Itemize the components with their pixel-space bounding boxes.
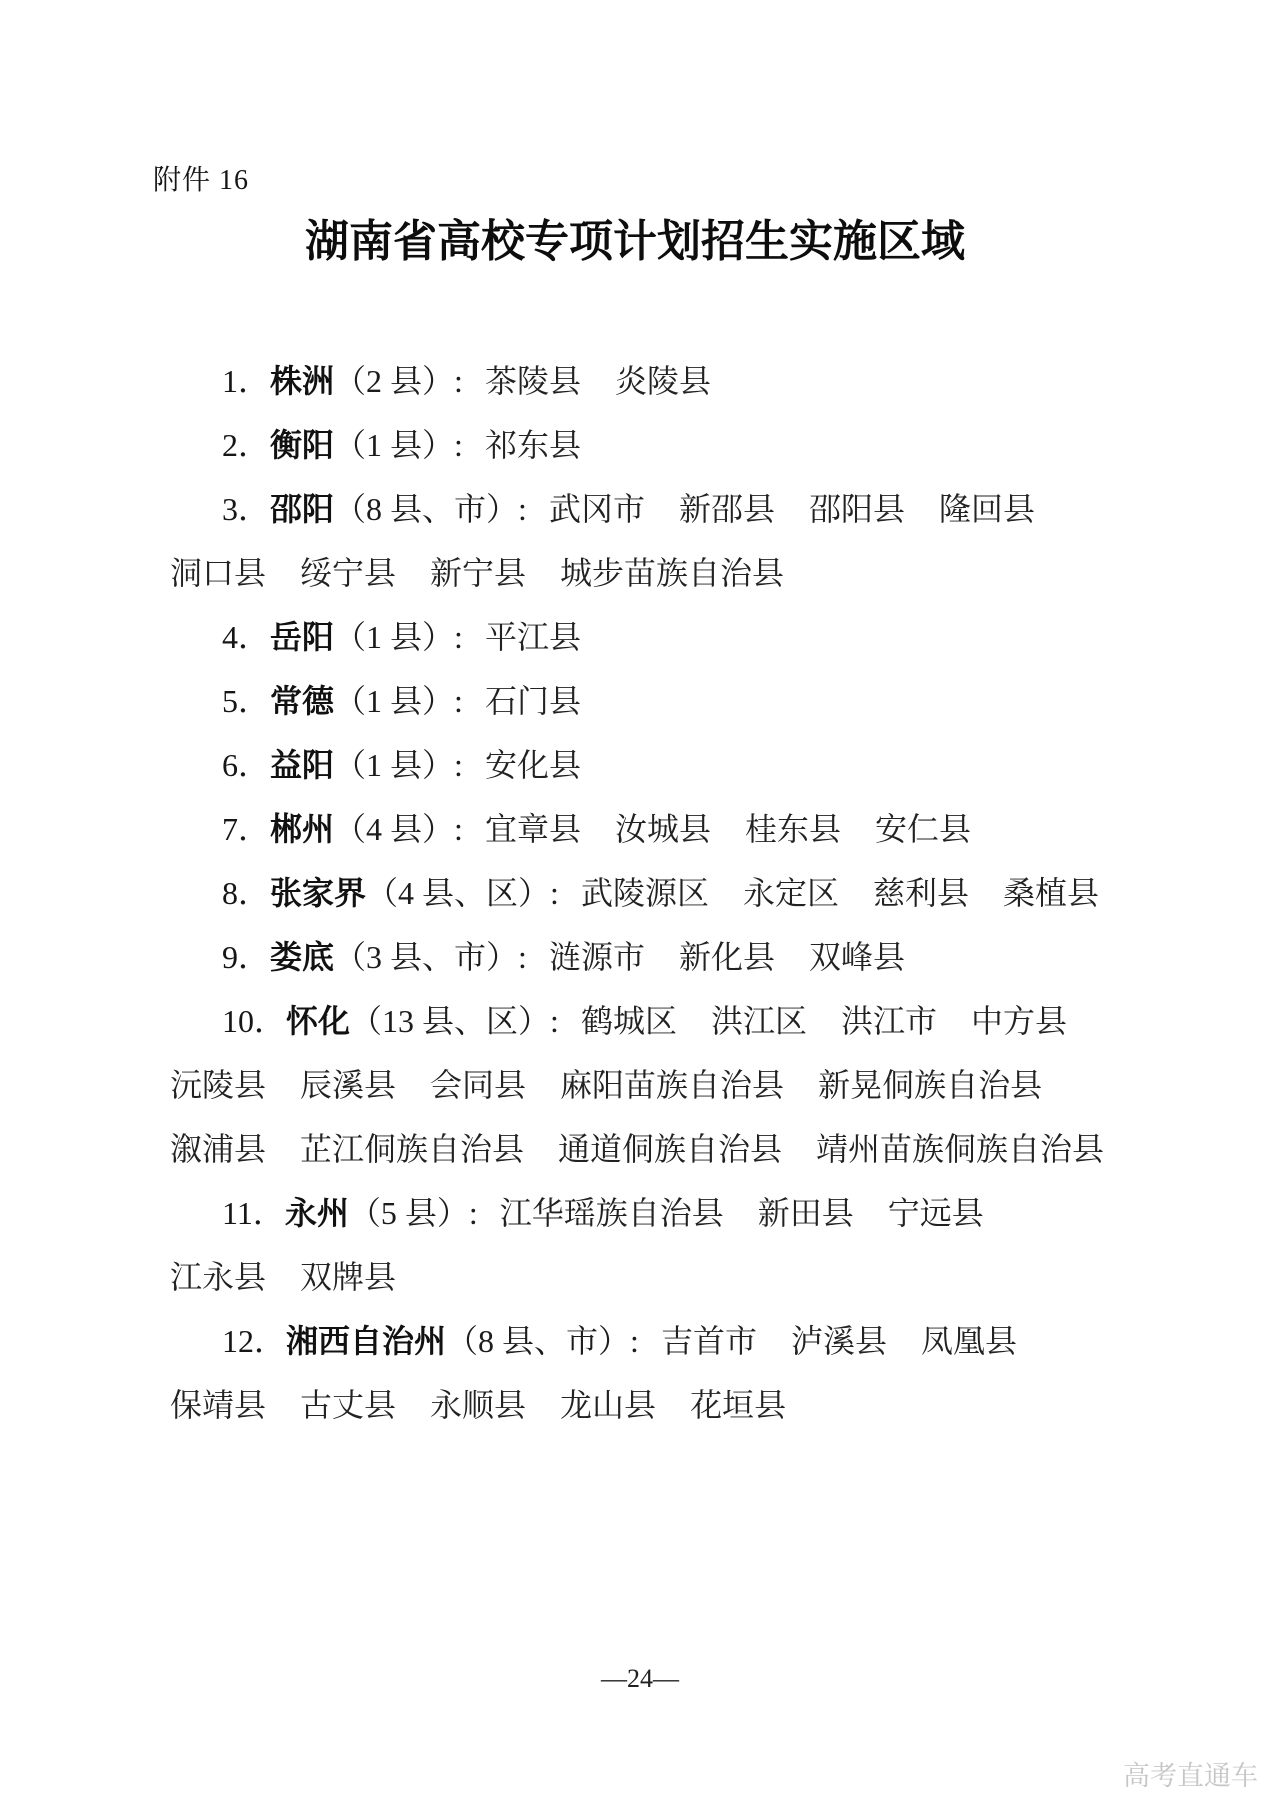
item-number: 1． (222, 363, 270, 399)
item-number: 5． (222, 683, 270, 719)
county-count-label: （3 县、市）: (334, 939, 527, 975)
county-name: 桂东县 (745, 811, 841, 847)
list-item-line: 6．益阳（1 县）:安化县 (170, 733, 1130, 797)
county-name: 泸溪县 (791, 1323, 887, 1359)
list-item-line: 9．娄底（3 县、市）:涟源市新化县双峰县 (170, 925, 1130, 989)
watermark-text: 高考直通车 (1123, 1754, 1258, 1793)
county-count-label: （5 县）: (349, 1195, 478, 1231)
county-name: 新邵县 (679, 491, 775, 527)
item-number: 11． (222, 1195, 285, 1231)
county-name: 洪江区 (711, 1003, 807, 1039)
city-name: 益阳 (270, 747, 334, 783)
county-name: 祁东县 (485, 427, 581, 463)
page-title: 湖南省高校专项计划招生实施区域 (160, 216, 1110, 269)
city-name: 郴州 (270, 811, 334, 847)
county-name: 涟源市 (549, 939, 645, 975)
county-name: 安化县 (485, 747, 581, 783)
county-name: 新宁县 (430, 555, 526, 591)
county-name: 宁远县 (888, 1195, 984, 1231)
city-name: 衡阳 (270, 427, 334, 463)
city-name: 常德 (270, 683, 334, 719)
city-name: 株洲 (270, 363, 334, 399)
item-number: 3． (222, 491, 270, 527)
county-name: 江永县 (170, 1259, 266, 1295)
item-number: 10． (222, 1003, 286, 1039)
county-count-label: （1 县）: (334, 619, 463, 655)
county-name: 通道侗族自治县 (558, 1131, 782, 1167)
county-name: 凤凰县 (921, 1323, 1017, 1359)
county-name: 安仁县 (875, 811, 971, 847)
county-name: 石门县 (485, 683, 581, 719)
list-item-line: 3．邵阳（8 县、市）:武冈市新邵县邵阳县隆回县 (170, 477, 1130, 541)
county-name: 辰溪县 (300, 1067, 396, 1103)
county-name: 平江县 (485, 619, 581, 655)
county-name: 新田县 (758, 1195, 854, 1231)
county-name: 茶陵县 (485, 363, 581, 399)
county-count-label: （2 县）: (334, 363, 463, 399)
county-count-label: （1 县）: (334, 683, 463, 719)
county-name: 古丈县 (300, 1387, 396, 1423)
document-page: 附件 16 湖南省高校专项计划招生实施区域 1．株洲（2 县）:茶陵县炎陵县2．… (0, 0, 1280, 1810)
county-count-label: （4 县、区）: (366, 875, 559, 911)
list-item-line: 8．张家界（4 县、区）:武陵源区永定区慈利县桑植县 (170, 861, 1130, 925)
city-name: 张家界 (270, 875, 366, 911)
county-count-label: （8 县、市）: (446, 1323, 639, 1359)
list-item-continuation-line: 保靖县古丈县永顺县龙山县花垣县 (170, 1373, 1130, 1437)
item-number: 7． (222, 811, 270, 847)
city-name: 怀化 (286, 1003, 350, 1039)
county-name: 新化县 (679, 939, 775, 975)
county-name: 洞口县 (170, 555, 266, 591)
county-name: 麻阳苗族自治县 (560, 1067, 784, 1103)
county-name: 芷江侗族自治县 (300, 1131, 524, 1167)
county-count-label: （1 县）: (334, 747, 463, 783)
region-list: 1．株洲（2 县）:茶陵县炎陵县2．衡阳（1 县）:祁东县3．邵阳（8 县、市）… (170, 349, 1130, 1437)
county-name: 双牌县 (300, 1259, 396, 1295)
item-number: 2． (222, 427, 270, 463)
county-name: 新晃侗族自治县 (818, 1067, 1042, 1103)
city-name: 邵阳 (270, 491, 334, 527)
county-name: 会同县 (430, 1067, 526, 1103)
county-name: 武冈市 (549, 491, 645, 527)
list-item-line: 11．永州（5 县）:江华瑶族自治县新田县宁远县 (170, 1181, 1130, 1245)
county-name: 双峰县 (809, 939, 905, 975)
county-count-label: （1 县）: (334, 427, 463, 463)
city-name: 湘西自治州 (286, 1323, 446, 1359)
county-name: 鹤城区 (581, 1003, 677, 1039)
county-name: 炎陵县 (615, 363, 711, 399)
list-item-continuation-line: 洞口县绥宁县新宁县城步苗族自治县 (170, 541, 1130, 605)
county-name: 隆回县 (939, 491, 1035, 527)
county-name: 邵阳县 (809, 491, 905, 527)
item-number: 4． (222, 619, 270, 655)
item-number: 8． (222, 875, 270, 911)
list-item-line: 10．怀化（13 县、区）:鹤城区洪江区洪江市中方县 (170, 989, 1130, 1053)
list-item-line: 4．岳阳（1 县）:平江县 (170, 605, 1130, 669)
county-name: 永定区 (743, 875, 839, 911)
county-name: 溆浦县 (170, 1131, 266, 1167)
list-item-continuation-line: 沅陵县辰溪县会同县麻阳苗族自治县新晃侗族自治县 (170, 1053, 1130, 1117)
attachment-label: 附件 16 (153, 164, 249, 198)
county-name: 中方县 (971, 1003, 1067, 1039)
item-number: 6． (222, 747, 270, 783)
list-item-continuation-line: 江永县双牌县 (170, 1245, 1130, 1309)
county-name: 永顺县 (430, 1387, 526, 1423)
county-name: 靖州苗族侗族自治县 (816, 1131, 1104, 1167)
list-item-line: 12．湘西自治州（8 县、市）:吉首市泸溪县凤凰县 (170, 1309, 1130, 1373)
county-name: 江华瑶族自治县 (500, 1195, 724, 1231)
county-name: 汝城县 (615, 811, 711, 847)
county-name: 龙山县 (560, 1387, 656, 1423)
list-item-line: 1．株洲（2 县）:茶陵县炎陵县 (170, 349, 1130, 413)
county-name: 吉首市 (661, 1323, 757, 1359)
list-item-line: 5．常德（1 县）:石门县 (170, 669, 1130, 733)
county-name: 绥宁县 (300, 555, 396, 591)
list-item-continuation-line: 溆浦县芷江侗族自治县通道侗族自治县靖州苗族侗族自治县 (170, 1117, 1130, 1181)
item-number: 9． (222, 939, 270, 975)
list-item-line: 7．郴州（4 县）:宜章县汝城县桂东县安仁县 (170, 797, 1130, 861)
county-name: 花垣县 (690, 1387, 786, 1423)
page-number: —24— (0, 1664, 1280, 1694)
list-item-line: 2．衡阳（1 县）:祁东县 (170, 413, 1130, 477)
county-count-label: （8 县、市）: (334, 491, 527, 527)
city-name: 永州 (285, 1195, 349, 1231)
county-name: 宜章县 (485, 811, 581, 847)
county-name: 城步苗族自治县 (560, 555, 784, 591)
item-number: 12． (222, 1323, 286, 1359)
county-name: 沅陵县 (170, 1067, 266, 1103)
county-name: 慈利县 (873, 875, 969, 911)
county-name: 桑植县 (1003, 875, 1099, 911)
county-count-label: （13 县、区）: (350, 1003, 559, 1039)
county-name: 保靖县 (170, 1387, 266, 1423)
county-name: 武陵源区 (581, 875, 709, 911)
county-name: 洪江市 (841, 1003, 937, 1039)
county-count-label: （4 县）: (334, 811, 463, 847)
city-name: 岳阳 (270, 619, 334, 655)
city-name: 娄底 (270, 939, 334, 975)
